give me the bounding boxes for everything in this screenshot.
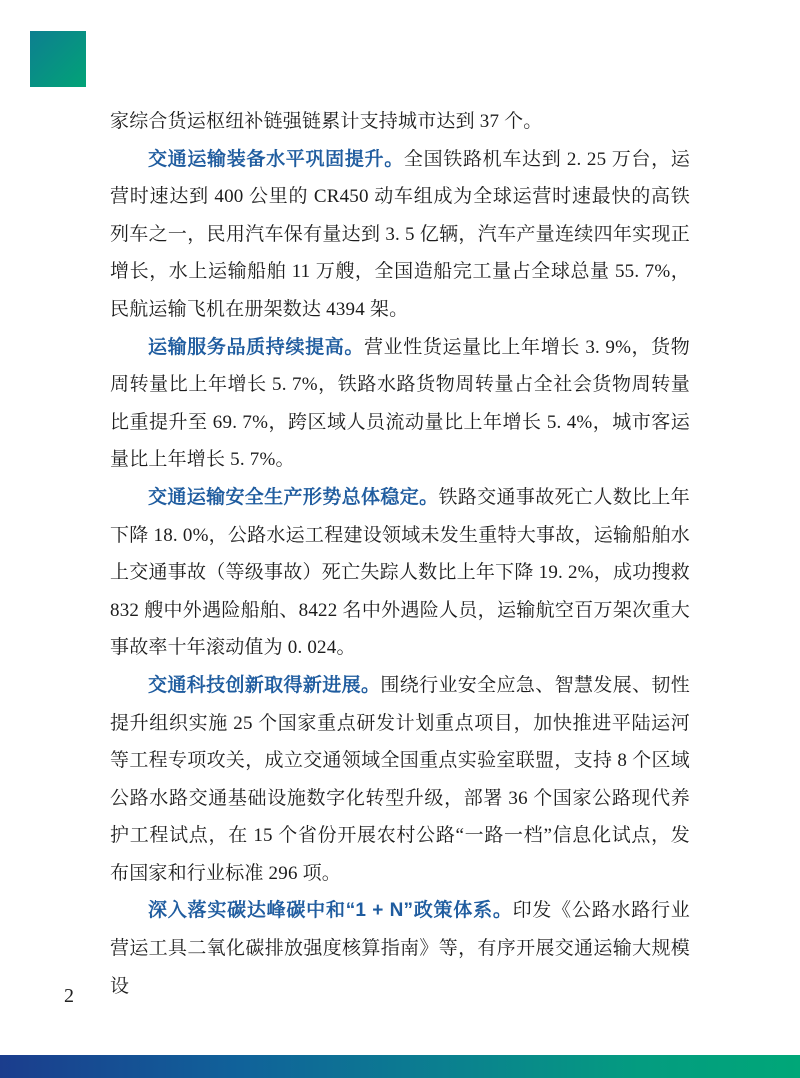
paragraph-lead: 交通运输装备水平巩固提升。 <box>148 149 404 170</box>
paragraph-service-quality: 运输服务品质持续提高。营业性货运量比上年增长 3. 9%，货物周转量比上年增长 … <box>110 329 690 479</box>
paragraph-text: 家综合货运枢纽补链强链累计支持城市达到 37 个。 <box>110 111 543 132</box>
paragraph-safety: 交通运输安全生产形势总体稳定。铁路交通事故死亡人数比上年下降 18. 0%，公路… <box>110 479 690 667</box>
page-number: 2 <box>64 985 74 1008</box>
paragraph-lead: 交通科技创新取得新进展。 <box>148 675 380 696</box>
paragraph-continuation: 家综合货运枢纽补链强链累计支持城市达到 37 个。 <box>110 103 690 141</box>
document-body: 家综合货运枢纽补链强链累计支持城市达到 37 个。 交通运输装备水平巩固提升。全… <box>110 103 690 1005</box>
paragraph-text: 铁路交通事故死亡人数比上年下降 18. 0%，公路水运工程建设领域未发生重特大事… <box>110 487 690 658</box>
paragraph-equipment: 交通运输装备水平巩固提升。全国铁路机车达到 2. 25 万台，运营时速达到 40… <box>110 141 690 329</box>
paragraph-text: 全国铁路机车达到 2. 25 万台，运营时速达到 400 公里的 CR450 动… <box>110 149 690 320</box>
footer-gradient-bar <box>0 1055 800 1078</box>
paragraph-lead: 深入落实碳达峰碳中和“1 + N”政策体系。 <box>148 900 513 921</box>
corner-decoration-square <box>30 31 86 87</box>
paragraph-lead: 运输服务品质持续提高。 <box>148 337 364 358</box>
document-page: 家综合货运枢纽补链强链累计支持城市达到 37 个。 交通运输装备水平巩固提升。全… <box>0 0 800 1078</box>
paragraph-carbon-policy: 深入落实碳达峰碳中和“1 + N”政策体系。印发《公路水路行业营运工具二氧化碳排… <box>110 892 690 1005</box>
paragraph-text: 围绕行业安全应急、智慧发展、韧性提升组织实施 25 个国家重点研发计划重点项目，… <box>110 675 690 884</box>
paragraph-science-tech: 交通科技创新取得新进展。围绕行业安全应急、智慧发展、韧性提升组织实施 25 个国… <box>110 667 690 893</box>
paragraph-lead: 交通运输安全生产形势总体稳定。 <box>148 487 438 508</box>
